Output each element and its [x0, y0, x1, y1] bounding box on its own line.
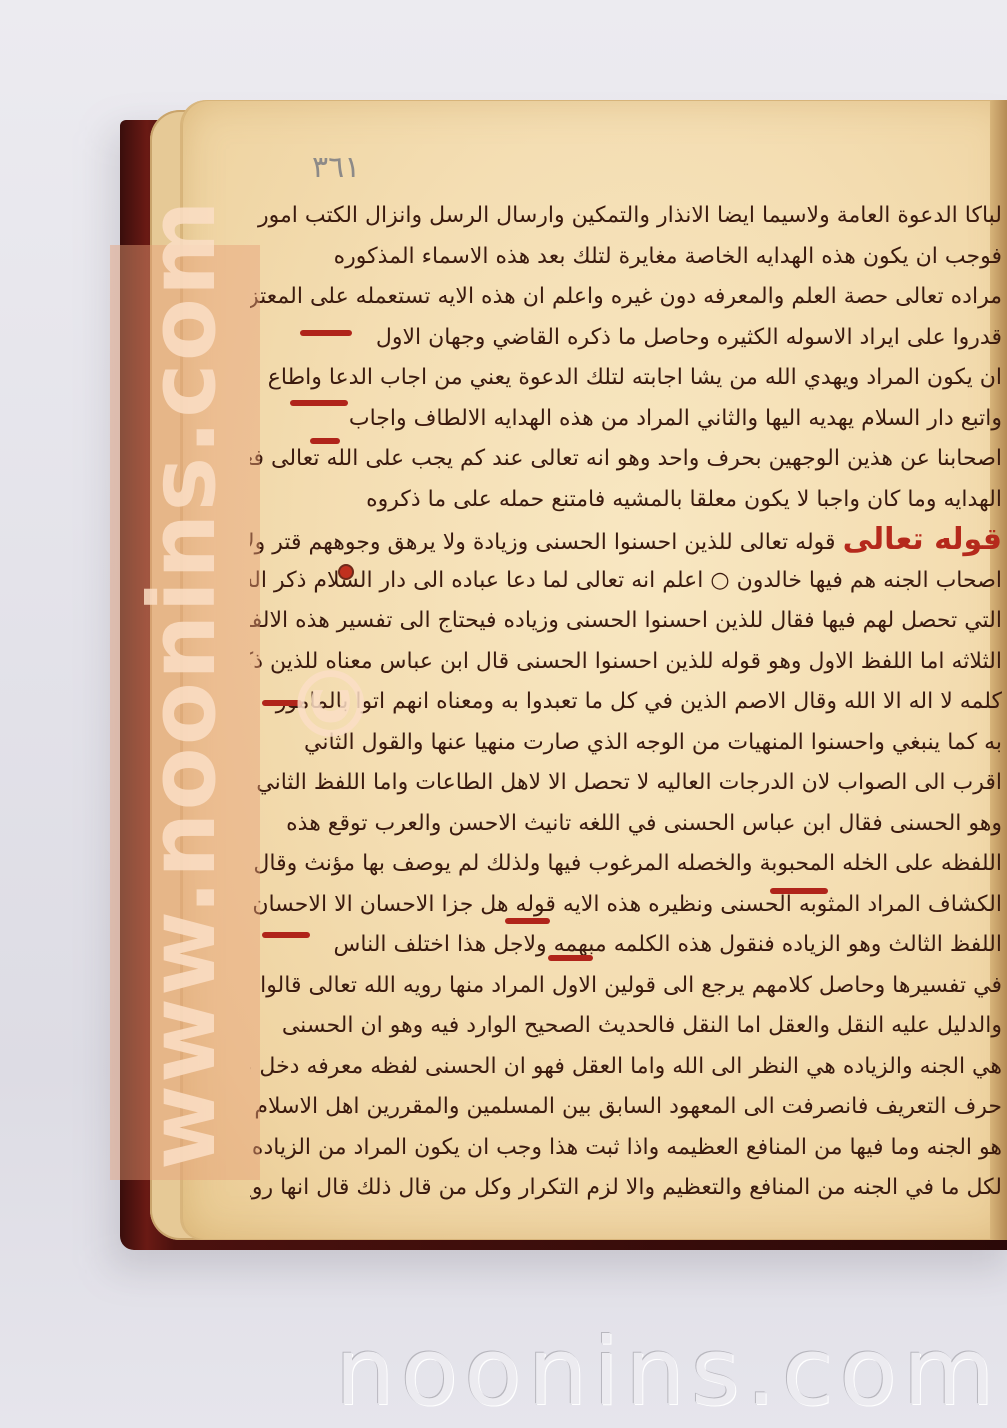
rubric-overline — [290, 400, 348, 406]
page-number: ٣٦١ — [312, 150, 360, 185]
text-line: فوجب ان يكون هذه الهدايه الخاصة مغايرة ل… — [250, 237, 1002, 278]
text-line: اقرب الى الصواب لان الدرجات العاليه لا ت… — [250, 763, 1002, 804]
text-line: اللفظ الثالث وهو الزياده فنقول هذه الكلم… — [250, 925, 1002, 966]
text-line: هو الجنه وما فيها من المنافع العظيمه واذ… — [250, 1128, 1002, 1169]
rubric-overline — [310, 438, 340, 444]
text-line: الكشاف المراد المثوبه الحسنى ونظيره هذه … — [250, 885, 1002, 926]
text-line: ان يكون المراد ويهدي الله من يشا اجابته … — [250, 358, 1002, 399]
text-line: وهو الحسنى فقال ابن عباس الحسنى في اللغه… — [250, 804, 1002, 845]
text-line: لباكا الدعوة العامة ولاسيما ايضا الانذار… — [250, 196, 1002, 237]
text-line: مراده تعالى حصة العلم والمعرفه دون غيره … — [250, 277, 1002, 318]
rubric-overline — [505, 918, 550, 924]
rubric-overline — [770, 888, 828, 894]
text-line: في تفسيرها وحاصل كلامهم يرجع الى قولين ا… — [250, 966, 1002, 1007]
watermark-bottom: noonins.com — [335, 1318, 975, 1427]
text-line: قدروا على ايراد الاسوله الكثيره وحاصل ما… — [250, 318, 1002, 359]
text-line: والدليل عليه النقل والعقل اما النقل فالح… — [250, 1006, 1002, 1047]
text-line: لكل ما في الجنه من المنافع والتعظيم والا… — [250, 1168, 1002, 1209]
text-line: اصحاب الجنه هم فيها خالدون ○ اعلم انه تع… — [250, 561, 1002, 602]
rubric-heading: قوله تعالى — [843, 522, 1002, 557]
verse-end-marker — [338, 564, 354, 580]
rubric-line: قوله تعالى قوله تعالى للذين احسنوا الحسن… — [250, 520, 1002, 561]
rubric-overline — [262, 932, 310, 938]
watermark-vertical: www.noonins.com © — [108, 235, 258, 1170]
text-line: هي الجنه والزياده هي النظر الى الله واما… — [250, 1047, 1002, 1088]
text-line: واتبع دار السلام يهديه اليها والثاني الم… — [250, 399, 1002, 440]
text-line: الهدايه وما كان واجبا لا يكون معلقا بالم… — [250, 480, 1002, 521]
rubric-overline — [300, 330, 352, 336]
text-line: التي تحصل لهم فيها فقال للذين احسنوا الح… — [250, 601, 1002, 642]
text-line: قوله تعالى للذين احسنوا الحسنى وزيادة ول… — [250, 530, 836, 555]
text-line: اللفظه على الخله المحبوبة والخصله المرغو… — [250, 844, 1002, 885]
rubric-overline — [548, 955, 593, 961]
text-line: اصحابنا عن هذين الوجهين بحرف واحد وهو ان… — [250, 439, 1002, 480]
text-line: حرف التعريف فانصرفت الى المعهود السابق ب… — [250, 1087, 1002, 1128]
